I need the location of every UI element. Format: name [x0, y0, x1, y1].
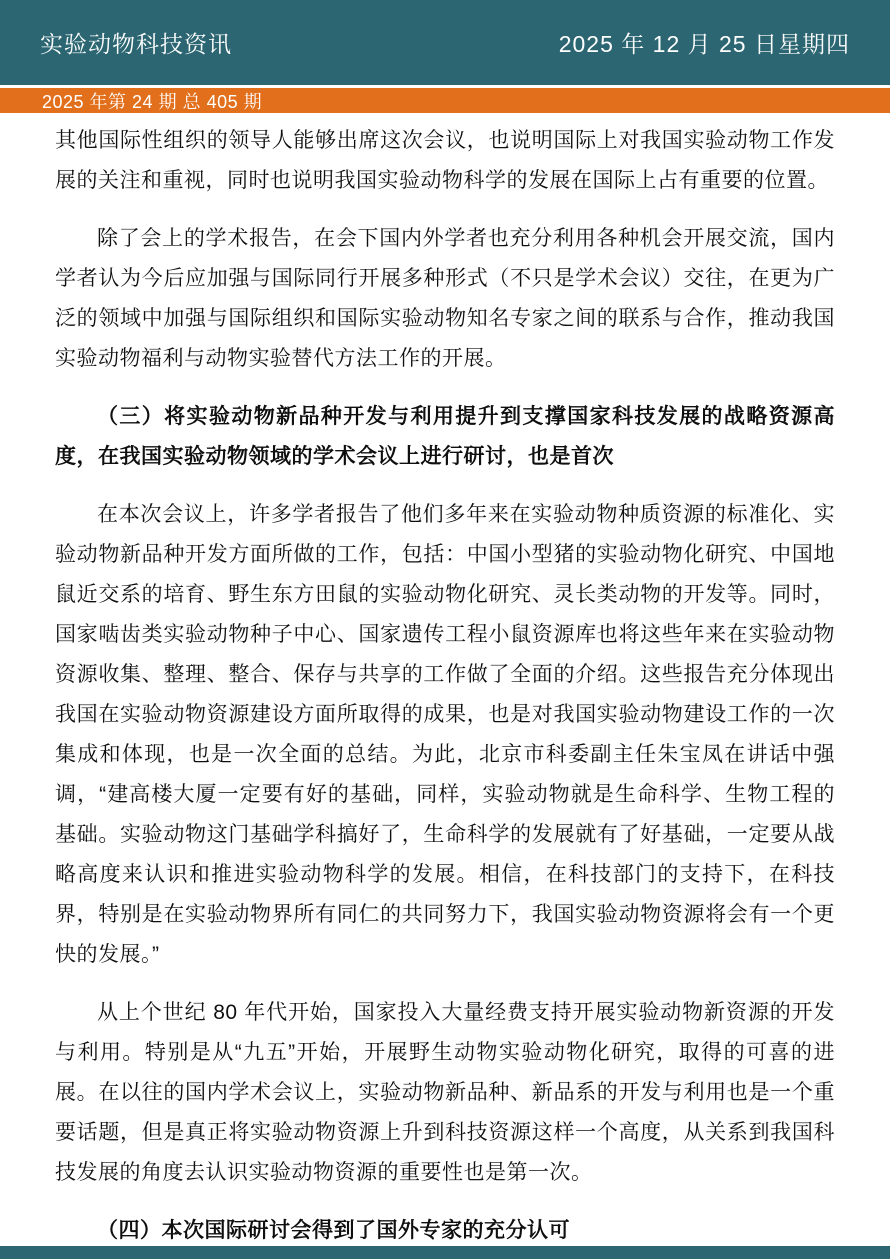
issue-bar: 2025 年第 24 期 总 405 期 [0, 88, 890, 113]
article-body: 其他国际性组织的领导人能够出席这次会议，也说明国际上对我国实验动物工作发展的关注… [0, 113, 890, 1251]
paragraph: 从上个世纪 80 年代开始，国家投入大量经费支持开展实验动物新资源的开发与利用。… [55, 993, 835, 1193]
paragraph: 除了会上的学术报告，在会下国内外学者也充分利用各种机会开展交流，国内学者认为今后… [55, 219, 835, 379]
paragraph: 在本次会议上，许多学者报告了他们多年来在实验动物种质资源的标准化、实验动物新品种… [55, 495, 835, 975]
footer-rule [0, 1246, 890, 1259]
section-heading-3: （三）将实验动物新品种开发与利用提升到支撑国家科技发展的战略资源高度，在我国实验… [55, 397, 835, 477]
newsletter-date: 2025 年 12 月 25 日星期四 [559, 26, 850, 59]
masthead: 实验动物科技资讯 2025 年 12 月 25 日星期四 [0, 0, 890, 85]
newsletter-title: 实验动物科技资讯 [40, 26, 232, 59]
section-heading-4: （四）本次国际研讨会得到了国外专家的充分认可 [55, 1211, 835, 1251]
paragraph-continuation: 其他国际性组织的领导人能够出席这次会议，也说明国际上对我国实验动物工作发展的关注… [55, 121, 835, 201]
issue-number: 2025 年第 24 期 总 405 期 [42, 88, 262, 114]
